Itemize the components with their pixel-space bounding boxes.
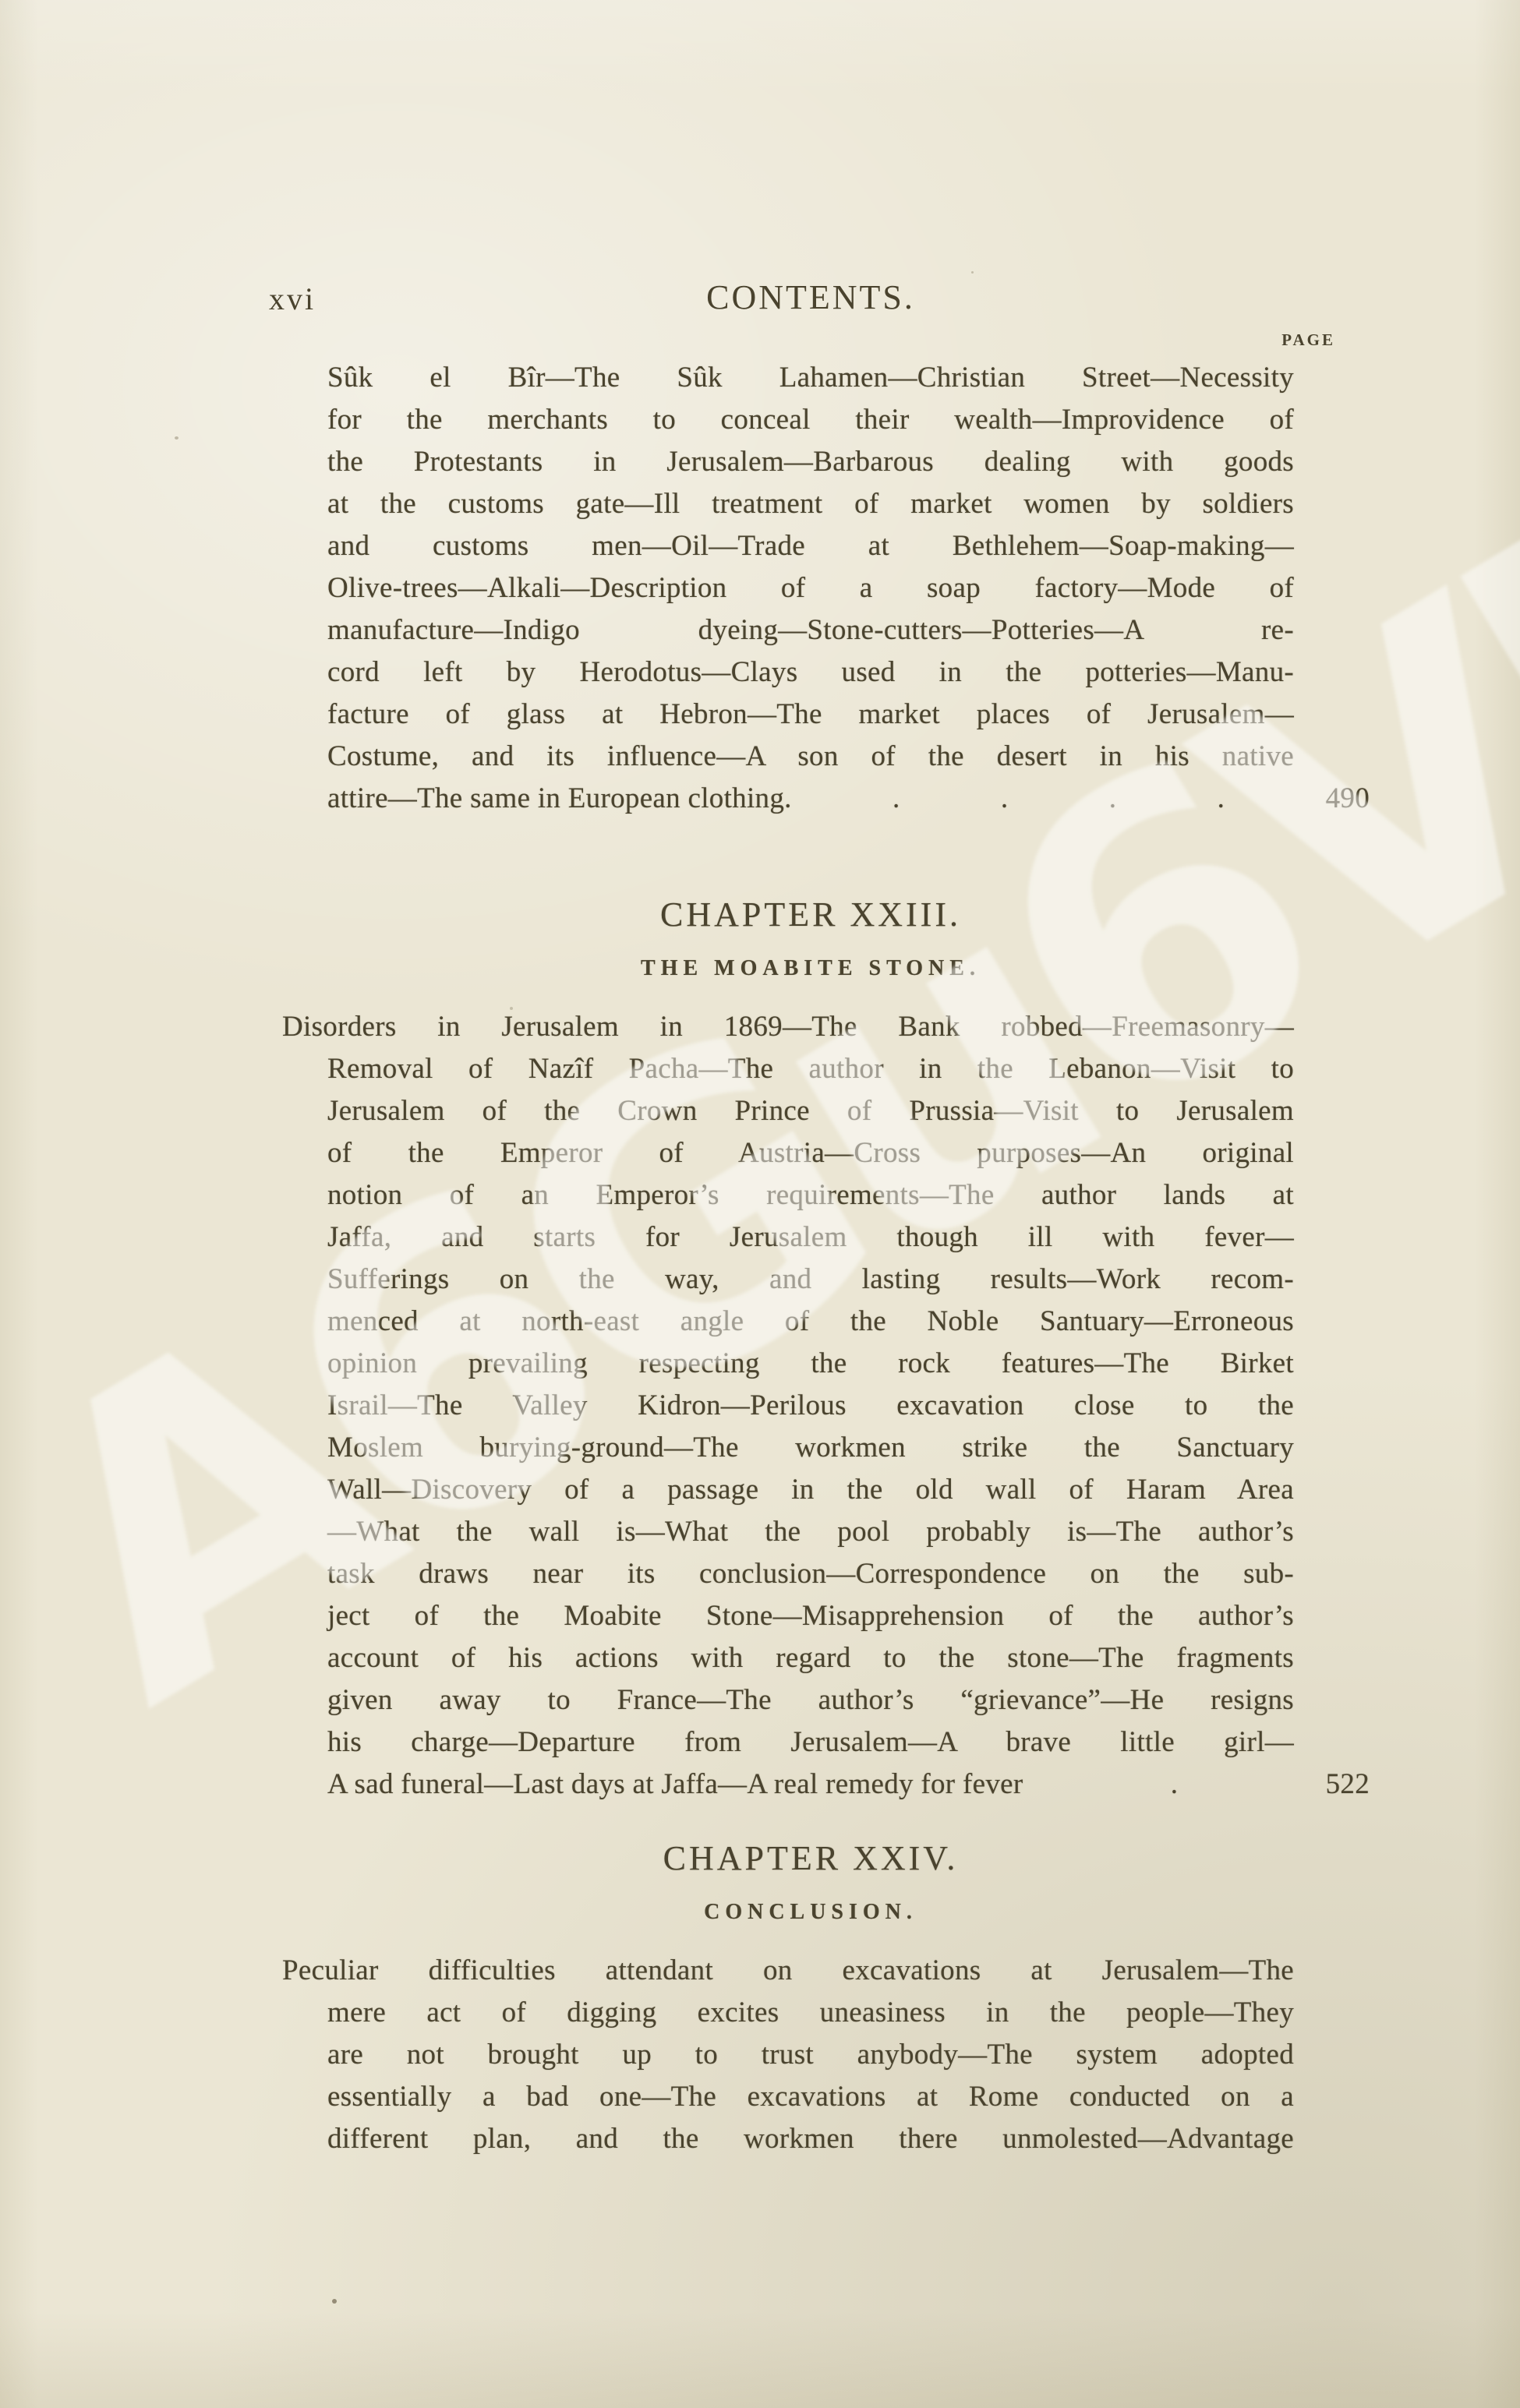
contents-entries: Sûk el Bîr—The Sûk Lahamen—Christian Str…	[327, 357, 1294, 2160]
toc-line: Wall—Discovery of a passage in the old w…	[327, 1469, 1294, 1511]
toc-line: notion of an Emperor’s requirements—The …	[327, 1174, 1294, 1216]
chapter-title: CHAPTER XXIII.	[327, 895, 1294, 934]
paper-speck	[971, 271, 974, 274]
toc-line: cord left by Herodotus—Clays used in the…	[327, 651, 1294, 694]
toc-line: task draws near its conclusion—Correspon…	[327, 1553, 1294, 1595]
toc-line: menced at north-east angle of the Noble …	[327, 1301, 1294, 1343]
leader-dot: .	[1001, 778, 1009, 820]
chapter-title: CHAPTER XXIV.	[327, 1838, 1294, 1878]
toc-line: Israil—The Valley Kidron—Perilous excava…	[327, 1385, 1294, 1427]
toc-line: at the customs gate—Ill treatment of mar…	[327, 483, 1294, 525]
entry-chapter-xxiii: Disorders in Jerusalem in 1869—The Bank …	[327, 1006, 1294, 1806]
toc-line: his charge—Departure from Jerusalem—A br…	[327, 1721, 1294, 1764]
toc-line: ject of the Moabite Stone—Misapprehensio…	[327, 1595, 1294, 1637]
page-number: 522	[1326, 1764, 1370, 1806]
chapter-xxiv-heading: CHAPTER XXIV. CONCLUSION.	[327, 1838, 1294, 1925]
paper-speck	[510, 1007, 513, 1010]
toc-line: Jaffa, and starts for Jerusalem though i…	[327, 1216, 1294, 1259]
leader-dot: .	[1109, 778, 1117, 820]
toc-line: Removal of Nazîf Pacha—The author in the…	[327, 1048, 1294, 1090]
entry-chapter-xxii-continued: Sûk el Bîr—The Sûk Lahamen—Christian Str…	[327, 357, 1294, 820]
page-title: CONTENTS.	[327, 277, 1294, 317]
folio-number: xvi	[269, 281, 316, 317]
leader-dot: .	[1171, 1764, 1179, 1806]
toc-line: Olive-trees—Alkali—Description of a soap…	[327, 567, 1294, 609]
toc-line: and customs men—Oil—Trade at Bethlehem—S…	[327, 525, 1294, 567]
toc-line: —What the wall is—What the pool probably…	[327, 1511, 1294, 1553]
toc-line: facture of glass at Hebron—The market pl…	[327, 694, 1294, 736]
page-number: 490	[1326, 778, 1370, 820]
chapter-xxiii-heading: CHAPTER XXIII. THE MOABITE STONE.	[327, 895, 1294, 981]
toc-line: account of his actions with regard to th…	[327, 1637, 1294, 1679]
toc-final-line: A sad funeral—Last days at Jaffa—A real …	[327, 1764, 1294, 1806]
toc-line: opinion prevailing respecting the rock f…	[327, 1343, 1294, 1385]
chapter-subtitle: CONCLUSION.	[327, 1900, 1294, 1925]
toc-line: different plan, and the workmen there un…	[327, 2118, 1294, 2160]
toc-line: Moslem burying-ground—The workmen strike…	[327, 1427, 1294, 1469]
paper-speck	[175, 436, 179, 440]
toc-line: Sufferings on the way, and lasting resul…	[327, 1259, 1294, 1301]
chapter-subtitle: THE MOABITE STONE.	[327, 956, 1294, 981]
leader-dots: .	[1023, 1764, 1325, 1806]
page-header: xvi CONTENTS.	[327, 277, 1294, 321]
toc-line: attire—The same in European clothing.	[327, 778, 792, 820]
toc-line: for the merchants to conceal their wealt…	[327, 399, 1294, 441]
contents-column: xvi CONTENTS. PAGE Sûk el Bîr—The Sûk La…	[0, 0, 1520, 2160]
toc-line: the Protestants in Jerusalem—Barbarous d…	[327, 441, 1294, 483]
toc-line: manufacture—Indigo dyeing—Stone-cutters—…	[327, 609, 1294, 651]
toc-line: essentially a bad one—The excavations at…	[327, 2076, 1294, 2118]
toc-line: Jerusalem of the Crown Prince of Prussia…	[327, 1090, 1294, 1132]
toc-line: are not brought up to trust anybody—The …	[327, 2034, 1294, 2076]
entry-chapter-xxiv: Peculiar difficulties attendant on excav…	[327, 1950, 1294, 2160]
toc-line: given away to France—The author’s “griev…	[327, 1679, 1294, 1721]
toc-line: Sûk el Bîr—The Sûk Lahamen—Christian Str…	[327, 357, 1294, 399]
toc-line: mere act of digging excites uneasiness i…	[327, 1992, 1294, 2034]
toc-final-line: attire—The same in European clothing....…	[327, 778, 1294, 820]
leader-dot: .	[1218, 778, 1225, 820]
toc-line: A sad funeral—Last days at Jaffa—A real …	[327, 1764, 1023, 1806]
toc-line: Disorders in Jerusalem in 1869—The Bank …	[282, 1006, 1294, 1048]
paper-speck	[332, 2299, 337, 2304]
toc-line: Costume, and its influence—A son of the …	[327, 736, 1294, 778]
leader-dots: ....	[792, 778, 1326, 820]
toc-line: Peculiar difficulties attendant on excav…	[282, 1950, 1294, 1992]
leader-dot: .	[893, 778, 900, 820]
toc-line: of the Emperor of Austria—Cross purposes…	[327, 1132, 1294, 1174]
page-column-label: PAGE	[327, 330, 1335, 354]
book-page: A6Gu6VKc xvi CONTENTS. PAGE Sûk el Bîr—T…	[0, 0, 1520, 2408]
